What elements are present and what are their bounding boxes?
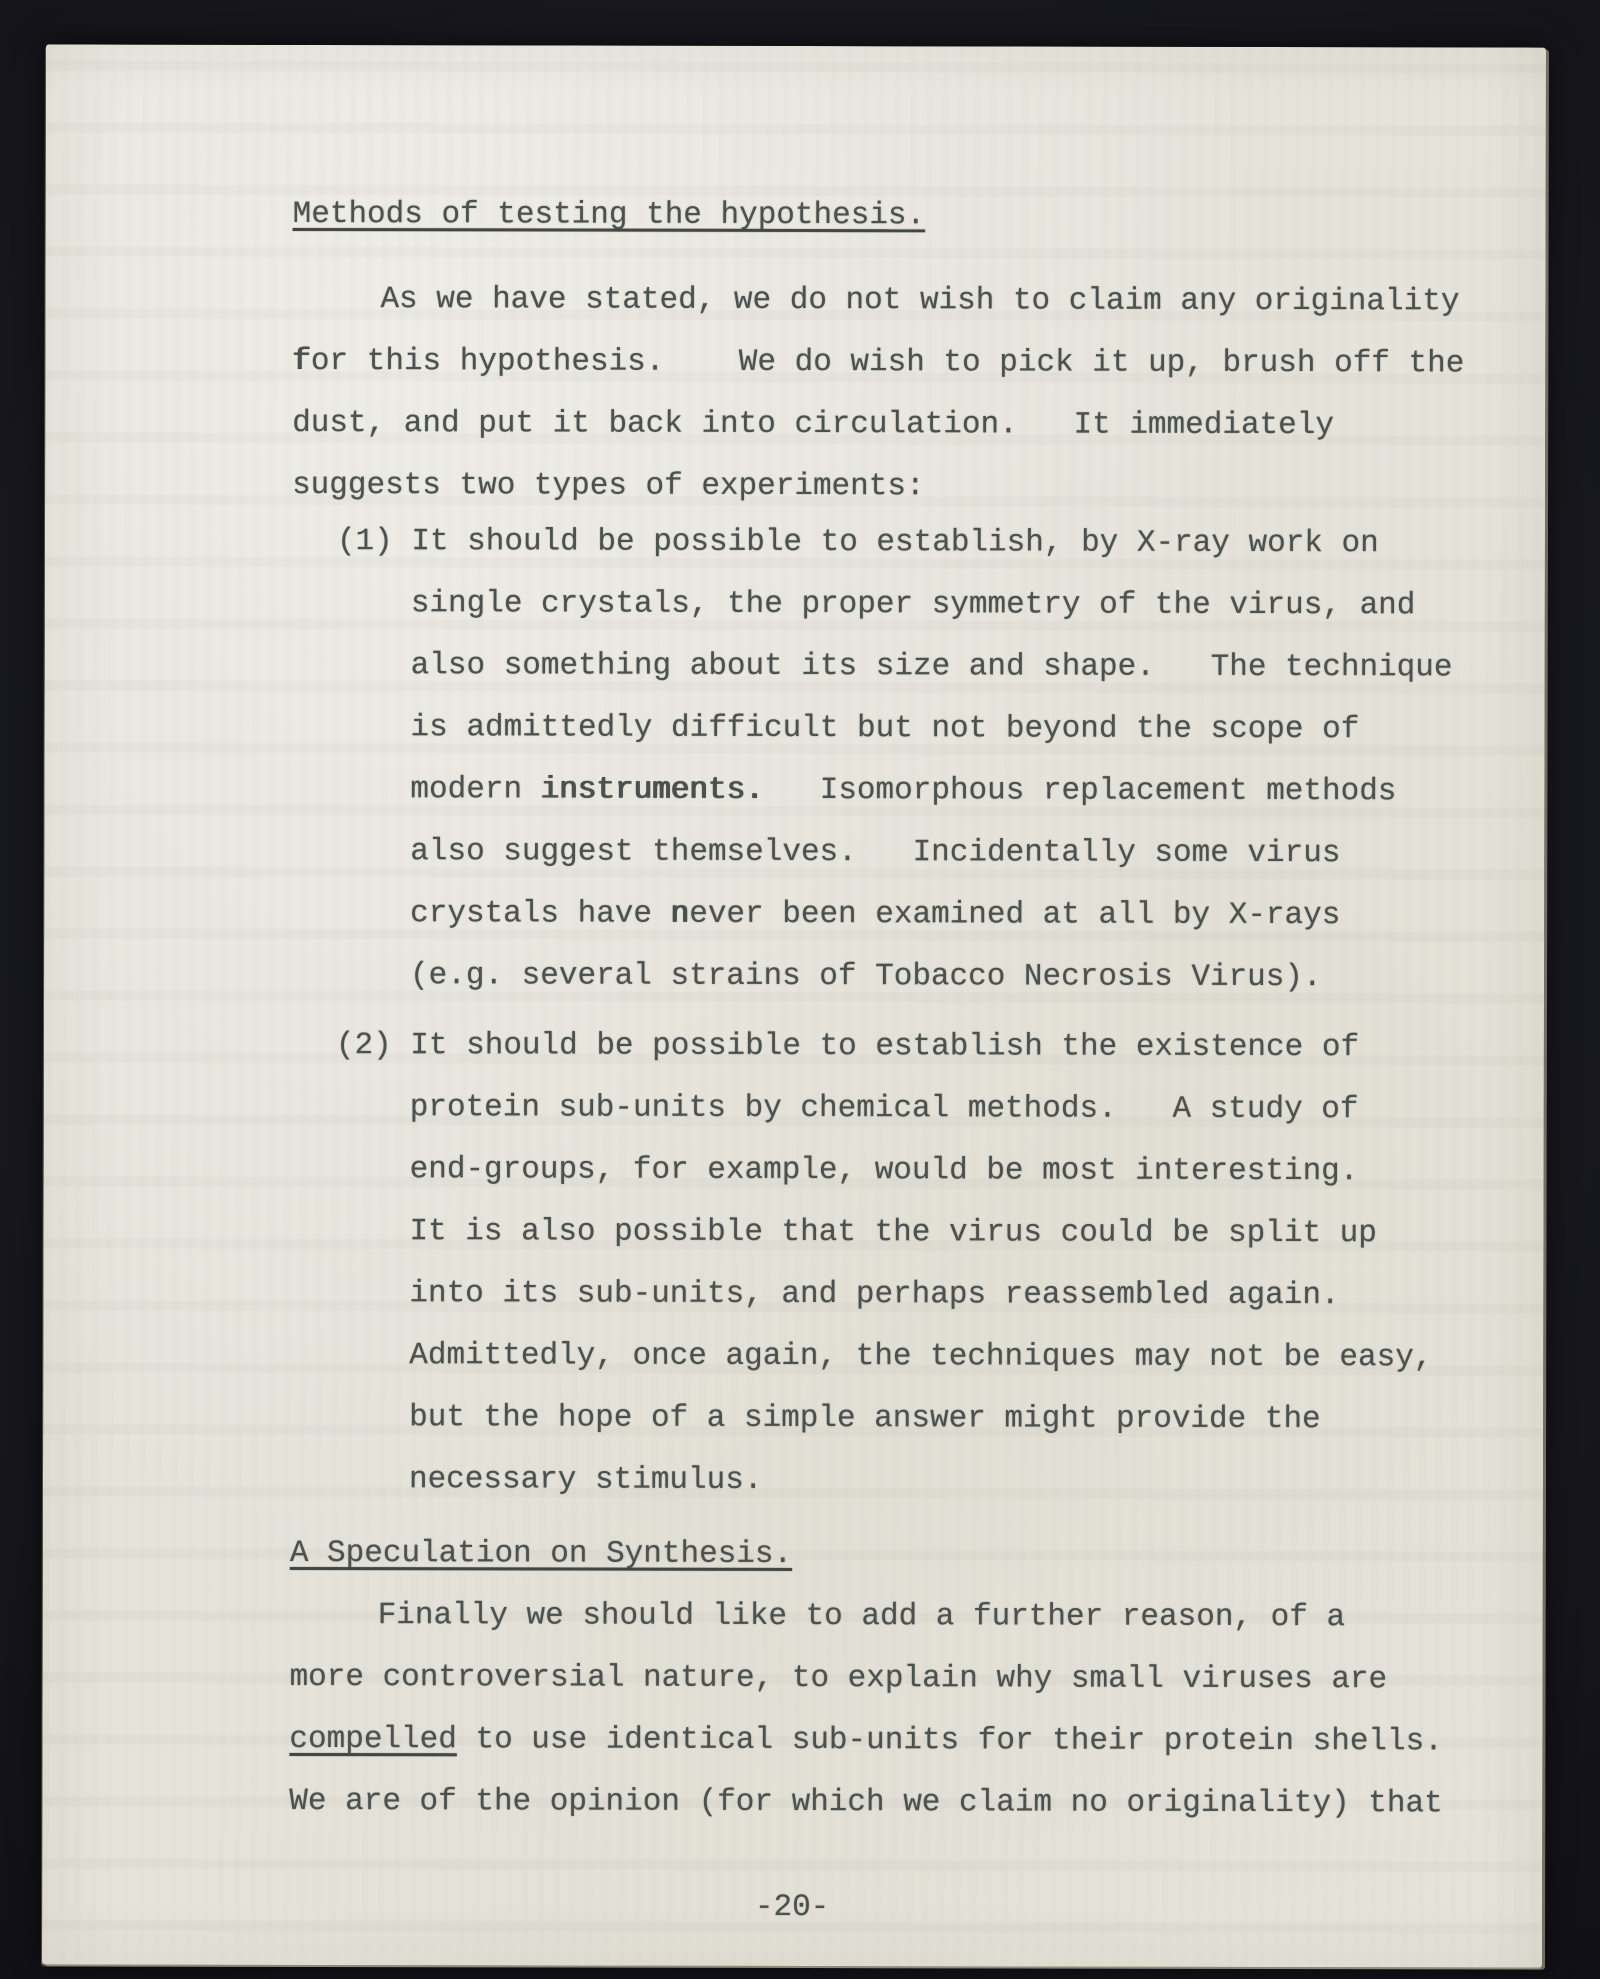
text-line: necessary stimulus. [290,1449,1483,1513]
overstruck-text: instruments. [541,772,764,807]
text-line: also something about its size and shape.… [292,635,1485,699]
text-line: more controversial nature, to explain wh… [290,1647,1483,1711]
text-line: single crystals, the proper symmetry of … [292,573,1485,637]
text-line: also suggest themselves. Incidentally so… [291,821,1484,885]
heading-line: Methods of testing the hypothesis. [293,184,1486,248]
text-line: Admittedly, once again, the techniques m… [290,1325,1483,1389]
text-line: (1) It should be possible to establish, … [292,511,1485,575]
text-run: or this hypothesis. We do wish to pick i… [311,344,1464,381]
underlined-text: compelled [289,1722,457,1757]
text-line: (2) It should be possible to establish t… [291,1015,1484,1079]
text-line: end-groups, for example, would be most i… [291,1139,1484,1203]
text-line: As we have stated, we do not wish to cla… [292,269,1485,333]
heading-line: A Speculation on Synthesis. [290,1523,1483,1587]
text-run: ever been examined at all by X-rays [689,897,1340,933]
paragraph: Finally we should like to add a further … [289,1585,1483,1835]
underlined-text: A Speculation on Synthesis. [290,1536,792,1572]
paragraph: As we have stated, we do not wish to cla… [292,269,1486,519]
text-line: It is also possible that the virus could… [290,1201,1483,1265]
list-item: (1) It should be possible to establish, … [291,511,1485,1009]
text-run: crystals have [410,896,671,932]
scan-background: Methods of testing the hypothesis.As we … [0,0,1600,1979]
text-line: We are of the opinion (for which we clai… [289,1771,1482,1835]
text-line: is admittedly difficult but not beyond t… [292,697,1485,761]
text-line: (e.g. several strains of Tobacco Necrosi… [291,945,1484,1009]
text-line: protein sub-units by chemical methods. A… [291,1077,1484,1141]
list-item: (2) It should be possible to establish t… [290,1015,1484,1513]
text-line: crystals have never been examined at all… [291,883,1484,947]
text-line: into its sub-units, and perhaps reassemb… [290,1263,1483,1327]
text-line: for this hypothesis. We do wish to pick … [292,331,1485,395]
overstruck-text: n [671,897,690,932]
typewritten-text: Methods of testing the hypothesis.As we … [42,44,1546,1835]
document-page: Methods of testing the hypothesis.As we … [42,44,1546,1967]
text-line: Finally we should like to add a further … [290,1585,1483,1649]
section-heading: Methods of testing the hypothesis. [293,184,1486,248]
section-heading: A Speculation on Synthesis. [290,1523,1483,1587]
text-run: Isomorphous replacement methods [764,773,1397,809]
text-line: compelled to use identical sub-units for… [289,1709,1482,1773]
page-number: -20- [42,1875,1542,1940]
overstruck-text: f [292,344,311,379]
text-line: dust, and put it back into circulation. … [292,393,1485,457]
text-run: to use identical sub-units for their pro… [457,1722,1443,1759]
text-run: modern [410,772,540,807]
text-line: but the hope of a simple answer might pr… [290,1387,1483,1451]
underlined-text: Methods of testing the hypothesis. [293,197,926,233]
text-line: suggests two types of experiments: [292,455,1485,519]
text-line: modern instruments. Isomorphous replacem… [291,759,1484,823]
